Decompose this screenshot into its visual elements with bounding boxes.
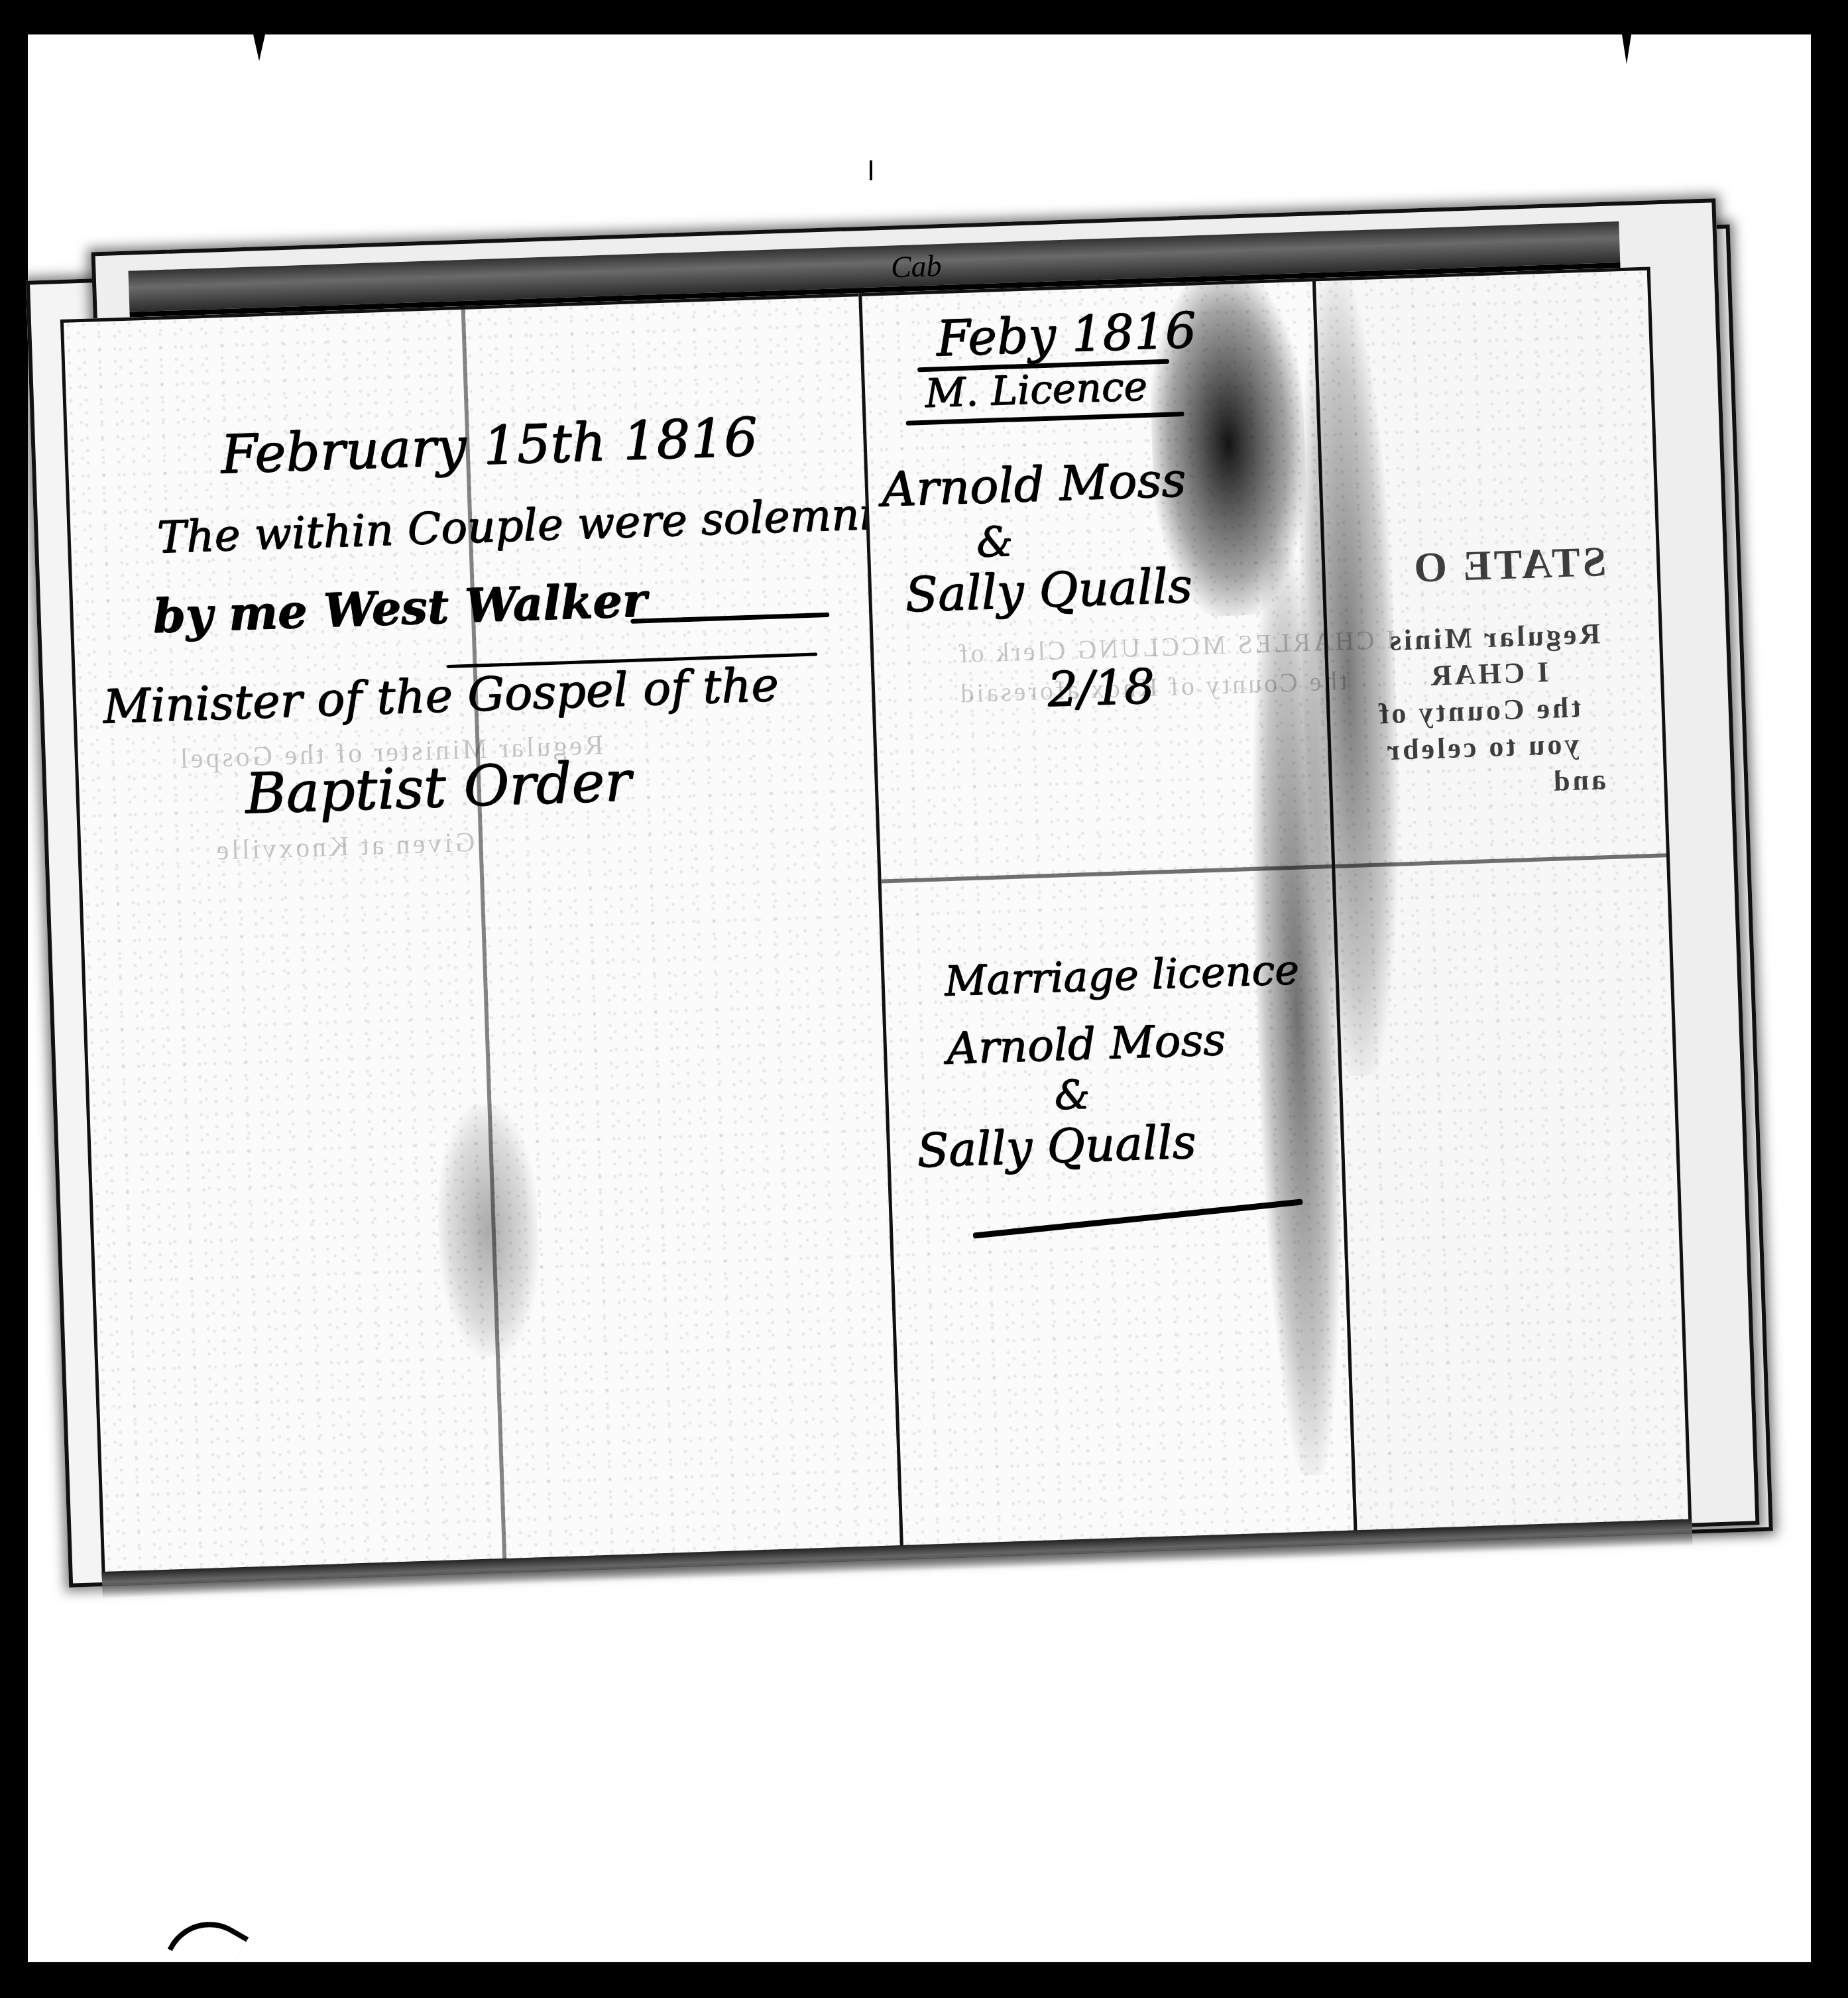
bleed-text: Given at Knoxville — [213, 827, 475, 867]
film-notch — [253, 34, 265, 61]
return-line-3: Minister of the Gospel of the — [102, 658, 780, 735]
printed-form-panel: STATE O Regular Minis I CHAR the County … — [1312, 267, 1692, 1544]
form-line: Regular Minis — [1387, 617, 1601, 658]
endorsement-flourish — [973, 1199, 1303, 1238]
form-line: you to celebr — [1384, 727, 1580, 767]
form-line: and — [1550, 762, 1607, 798]
film-notch — [1622, 34, 1631, 64]
return-panel: Regular Minister of the Gospel Given at … — [60, 293, 901, 1585]
endorsement-ampersand: & — [1053, 1071, 1090, 1119]
return-line-2: by me West Walker — [152, 572, 647, 644]
docket-groom: Arnold Moss — [881, 451, 1187, 517]
form-heading: STATE O — [1411, 537, 1607, 593]
film-speck — [870, 160, 872, 180]
signature-line — [630, 613, 829, 624]
return-line-4: Baptist Order — [244, 748, 632, 826]
top-strip-label: Cab — [890, 248, 942, 285]
docket-panel: Feby 1816 M. Licence Arnold Moss & Sally… — [858, 278, 1357, 1558]
return-date: February 15th 1816 — [219, 406, 758, 485]
docket-date: Feby 1816 — [935, 302, 1197, 367]
docket-subheader: M. Licence — [924, 363, 1148, 417]
docket-ampersand: & — [976, 517, 1014, 567]
endorsement-title: Marriage licence — [943, 945, 1299, 1006]
form-line: I CHAR — [1428, 655, 1549, 693]
endorsement-groom: Arnold Moss — [946, 1014, 1226, 1074]
fold-crease — [461, 310, 507, 1568]
form-line: the County of — [1376, 690, 1582, 731]
return-line-1: The within Couple were solemnized — [156, 486, 951, 563]
stain — [435, 1103, 543, 1358]
folded-document: Cab Regular Minister of the Gospel Given… — [11, 184, 1812, 1594]
endorsement-bride: Sally Qualls — [916, 1114, 1197, 1178]
docket-bride: Sally Qualls — [904, 558, 1193, 622]
